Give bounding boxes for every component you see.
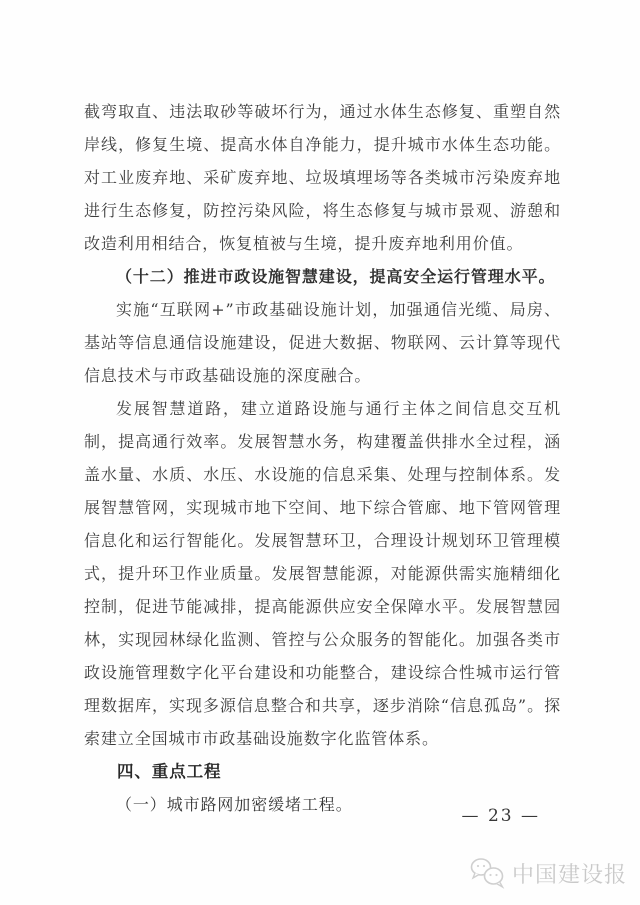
- paragraph-smart-infrastructure: 发展智慧道路，建立道路设施与通行主体之间信息交互机制，提高通行效率。发展智慧水务…: [84, 392, 561, 755]
- watermark-label: 中国建设报: [512, 858, 627, 889]
- heading-key-projects: 四、重点工程: [84, 755, 561, 788]
- watermark: 中国建设报: [469, 856, 627, 890]
- page-number: — 23 —: [462, 806, 540, 826]
- wechat-icon: [469, 856, 507, 890]
- paragraph-water-ecology: 截弯取直、违法取砂等破坏行为，通过水体生态修复、重塑自然岸线，修复生境、提高水体…: [84, 95, 561, 260]
- text-content: 截弯取直、违法取砂等破坏行为，通过水体生态修复、重塑自然岸线，修复生境、提高水体…: [84, 95, 561, 821]
- paragraph-internet-plus: 实施“互联网+”市政基础设施计划，加强通信光缆、局房、基站等信息通信设施建设，促…: [84, 293, 561, 392]
- heading-section-12: （十二）推进市政设施智慧建设，提高安全运行管理水平。: [84, 260, 561, 293]
- document-page: 截弯取直、违法取砂等破坏行为，通过水体生态修复、重塑自然岸线，修复生境、提高水体…: [0, 0, 640, 905]
